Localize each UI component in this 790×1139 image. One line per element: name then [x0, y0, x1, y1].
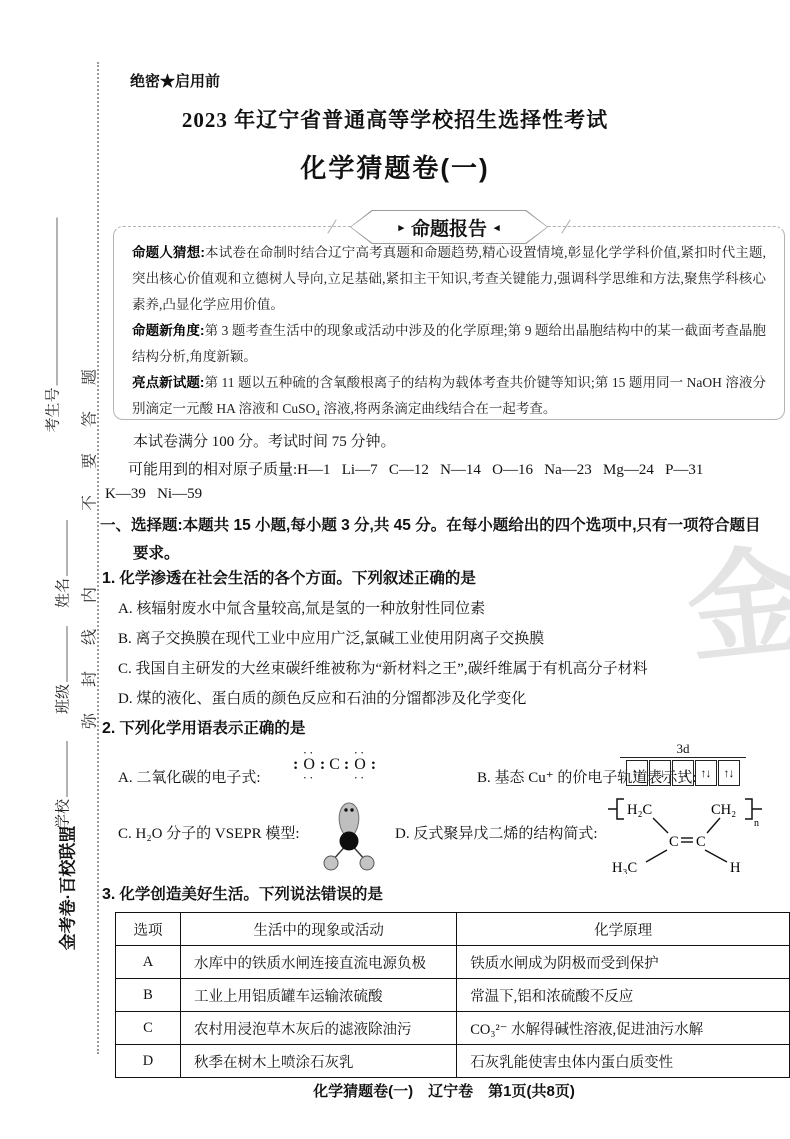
class-blank — [54, 626, 68, 682]
q1-option-b: B. 离子交换膜在现代工业中应用广泛,氯碱工业使用阴离子交换膜 — [118, 627, 544, 648]
paper-title: 化学猜题卷(一) — [0, 148, 790, 185]
q3-header-option: 选项 — [116, 913, 181, 946]
q3-stem: 化学创造美好生活。下列说法错误的是 — [119, 886, 383, 903]
q3-row-a-option: A — [116, 946, 181, 979]
report-banner: ▸ 命题报告 ◂ — [350, 210, 548, 244]
atomic-masses-line2: K—39 Ni—59 — [105, 486, 202, 503]
table-row: D 秋季在树木上喷涂石灰乳 石灰乳能使害虫体内蛋白质变性 — [116, 1045, 790, 1078]
banner-title: 命题报告 — [411, 214, 487, 241]
orbital-shell-label: 3d — [620, 742, 746, 758]
atomic-masses-line1: 可能用到的相对原子质量:H—1 Li—7 C—12 N—14 O—16 Na—2… — [128, 458, 703, 479]
seal-text-upper: 不要答题 — [77, 343, 100, 511]
bracket-subscript-n: n — [754, 818, 759, 829]
electron-atom-o1: ··O·· — [302, 756, 316, 774]
banner-title-row: ▸ 命题报告 ◂ — [351, 211, 547, 243]
name-blank — [54, 520, 68, 576]
q2-option-c-label: C. H₂O 分子的 VSEPR 模型: — [118, 822, 300, 843]
q2-number: 2. — [102, 720, 115, 737]
q3-number: 3. — [102, 886, 115, 903]
report-p1-label: 命题人猜想: — [132, 245, 205, 260]
report-p3-text: 第 11 题以五种硫的含氧酸根离子的结构为载体考查共价键等知识;第 15 题用同… — [132, 375, 766, 416]
candidate-no-label: 考生号 — [45, 387, 62, 432]
electron-colon: : — [293, 756, 298, 773]
q3-row-d-phenomenon: 秋季在树木上喷涂石灰乳 — [181, 1045, 457, 1078]
electron-dots: ·· — [354, 771, 367, 784]
struct-c2: C — [696, 834, 706, 850]
school-field: 学校 — [52, 741, 73, 829]
report-p2-text: 第 3 题考查生活中的现象或活动中涉及的化学原理;第 9 题给出晶胞结构中的某一… — [132, 323, 766, 364]
table-row: C 农村用浸泡草木灰后的滤液除油污 CO₃²⁻ 水解得碱性溶液,促进油污水解 — [116, 1012, 790, 1045]
orbital-box: ↑↓ — [626, 760, 648, 786]
name-field: 姓名 — [52, 520, 73, 608]
q3-row-a-principle: 铁质水闸成为阴极而受到保护 — [457, 946, 790, 979]
struct-h-bottom: H — [730, 860, 741, 874]
q2-stem: 下列化学用语表示正确的是 — [119, 720, 305, 737]
struct-c1: C — [669, 834, 679, 850]
electron-atom-o2: ··O·· — [353, 756, 367, 774]
class-field: 班级 — [52, 626, 73, 714]
co2-electron-formula: :··O··:C:··O··: — [289, 756, 380, 774]
electron-dots: ·· — [303, 746, 316, 759]
q3-row-b-principle: 常温下,铝和浓硫酸不反应 — [457, 979, 790, 1012]
score-time-line: 本试卷满分 100 分。考试时间 75 分钟。 — [133, 430, 396, 451]
q1-stem-row: 1. 化学渗透在社会生活的各个方面。下列叙述正确的是 — [102, 566, 476, 588]
vsepr-model-image — [320, 798, 378, 872]
exam-title: 2023 年辽宁省普通高等学校招生选择性考试 — [0, 104, 790, 134]
electron-c: C — [329, 756, 340, 773]
q1-option-c: C. 我国自主研发的大丝束碳纤维被称为“新材料之王”,碳纤维属于有机高分子材料 — [118, 657, 648, 678]
section1-header-line2: 要求。 — [133, 540, 788, 568]
proposition-report-box: ▸ 命题报告 ◂ 命题人猜想:本试卷在命制时结合辽宁高考真题和命题趋势,精心设置… — [113, 226, 785, 420]
struct-ch2-top: CH₂ — [711, 802, 736, 818]
left-bracket — [617, 799, 624, 819]
q3-row-c-option: C — [116, 1012, 181, 1045]
banner-left-arrow-icon: ▸ — [398, 221, 404, 234]
orbital-box: ↑↓ — [695, 760, 717, 786]
right-bracket — [745, 799, 752, 819]
q3-row-a-phenomenon: 水库中的铁质水闸连接直流电源负极 — [181, 946, 457, 979]
exam-paper-page: 金 考生号 姓名 班级 学校 金考卷·百校联盟 不要答题 弥封线内 绝密★启用前… — [0, 0, 790, 1139]
q3-row-d-principle: 石灰乳能使害虫体内蛋白质变性 — [457, 1045, 790, 1078]
orbital-diagram: 3d ↑↓↑↓↑↓↑↓↑↓ — [620, 742, 746, 786]
candidate-no-field: 考生号 — [42, 217, 63, 432]
electron-colon: : — [344, 756, 349, 773]
struct-h2c-top: H₂C — [627, 802, 652, 818]
q3-header-principle: 化学原理 — [457, 913, 790, 946]
report-p2-label: 命题新角度: — [132, 323, 204, 338]
q3-row-d-option: D — [116, 1045, 181, 1078]
electron-colon: : — [371, 756, 376, 773]
candidate-no-blank — [44, 217, 58, 385]
q3-row-c-principle: CO₃²⁻ 水解得碱性溶液,促进油污水解 — [457, 1012, 790, 1045]
q1-option-d: D. 煤的液化、蛋白质的颜色反应和石油的分馏都涉及化学变化 — [118, 687, 526, 708]
banner-right-arrow-icon: ◂ — [494, 221, 500, 234]
section1-header-line1: 一、选择题:本题共 15 小题,每小题 3 分,共 45 分。在每小题给出的四个… — [100, 512, 788, 540]
q3-table: 选项 生活中的现象或活动 化学原理 A 水库中的铁质水闸连接直流电源负极 铁质水… — [115, 912, 790, 1078]
q2-stem-row: 2. 下列化学用语表示正确的是 — [102, 716, 305, 738]
q3-stem-row: 3. 化学创造美好生活。下列说法错误的是 — [102, 882, 383, 904]
school-blank — [54, 741, 68, 797]
q1-stem: 化学渗透在社会生活的各个方面。下列叙述正确的是 — [119, 570, 476, 587]
orbital-box: ↑↓ — [672, 760, 694, 786]
table-row: B 工业上用铝质罐车运输浓硫酸 常温下,铝和浓硫酸不反应 — [116, 979, 790, 1012]
orbital-box: ↑↓ — [718, 760, 740, 786]
seal-text-lower: 弥封线内 — [77, 561, 100, 729]
electron-dots: ·· — [354, 746, 367, 759]
report-body: 命题人猜想:本试卷在命制时结合辽宁高考真题和命题趋势,精心设置情境,彰显化学学科… — [114, 227, 784, 422]
secrecy-notice: 绝密★启用前 — [130, 70, 220, 91]
table-row: A 水库中的铁质水闸连接直流电源负极 铁质水闸成为阴极而受到保护 — [116, 946, 790, 979]
brand-label: 金考卷·百校联盟 — [54, 826, 79, 951]
q1-number: 1. — [102, 570, 115, 587]
orbital-box: ↑↓ — [649, 760, 671, 786]
q3-row-c-phenomenon: 农村用浸泡草木灰后的滤液除油污 — [181, 1012, 457, 1045]
q3-row-b-option: B — [116, 979, 181, 1012]
class-label: 班级 — [55, 684, 72, 714]
electron-colon: : — [320, 756, 325, 773]
electron-dots: ·· — [303, 771, 316, 784]
q1-option-a: A. 核辐射废水中氚含量较高,氚是氢的一种放射性同位素 — [118, 597, 485, 618]
name-label: 姓名 — [55, 578, 72, 608]
polyisoprene-structure: n H₂C CH₂ C C H₃C H — [606, 792, 778, 874]
q3-header-phenomenon: 生活中的现象或活动 — [181, 913, 457, 946]
q3-table-header-row: 选项 生活中的现象或活动 化学原理 — [116, 913, 790, 946]
page-footer: 化学猜题卷(一) 辽宁卷 第1页(共8页) — [100, 1080, 788, 1101]
q2-option-d-label: D. 反式聚异戊二烯的结构简式: — [395, 822, 598, 843]
seal-dotted-line — [97, 62, 99, 1054]
q2-option-a-label: A. 二氧化碳的电子式: — [118, 766, 261, 787]
report-p1-text: 本试卷在命制时结合辽宁高考真题和命题趋势,精心设置情境,彰显化学学科价值,紧扣时… — [132, 245, 766, 312]
q3-row-b-phenomenon: 工业上用铝质罐车运输浓硫酸 — [181, 979, 457, 1012]
struct-h3c-bottom: H₃C — [612, 860, 637, 874]
section1-header: 一、选择题:本题共 15 小题,每小题 3 分,共 45 分。在每小题给出的四个… — [100, 512, 788, 568]
report-p3-label: 亮点新试题: — [132, 375, 204, 390]
